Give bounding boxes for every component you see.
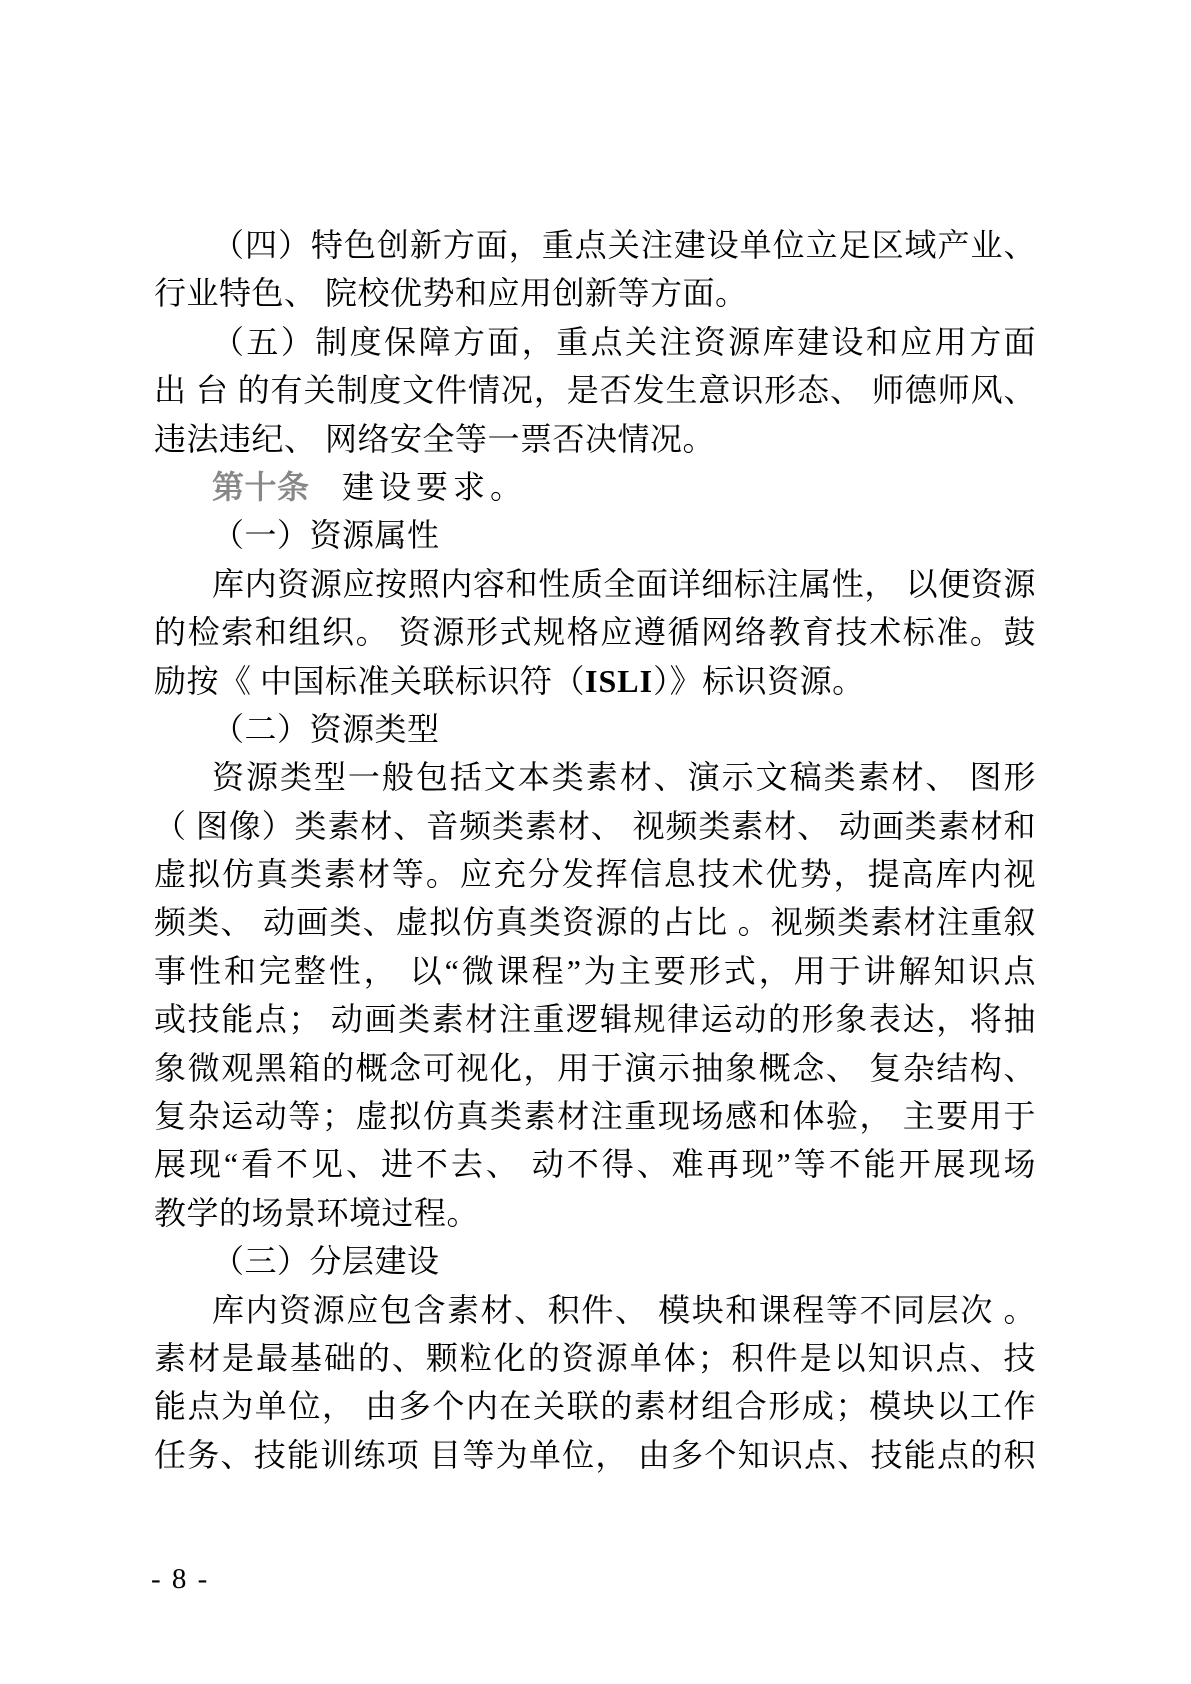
text-line: 频类、 动画类、虚拟仿真类资源的占比 。视频类素材注重叙	[154, 898, 1036, 946]
text-line: 行业特色、 院校优势和应用创新等方面。	[154, 269, 1036, 317]
text-segment: 教学的场景环境过程。	[154, 1195, 479, 1231]
text-line: 的检索和组织。 资源形式规格应遵循网络教育技术标准。鼓	[154, 608, 1036, 656]
text-segment: （五）制度保障方面，重点关注资源库建设和应用方面	[212, 324, 1036, 360]
document-body: （四）特色创新方面，重点关注建设单位立足区域产业、行业特色、 院校优势和应用创新…	[154, 221, 1036, 1479]
text-line: 违法违纪、 网络安全等一票否决情况。	[154, 415, 1036, 463]
text-segment: 行业特色、 院校优势和应用创新等方面。	[154, 275, 748, 311]
text-line: 事性和完整性， 以“微课程”为主要形式，用于讲解知识点	[154, 947, 1036, 995]
text-segment: 励按《 中国标准关联标识符（	[154, 663, 585, 699]
text-segment: 建设要求	[342, 469, 490, 505]
page-number: - 8 -	[151, 1563, 209, 1596]
text-segment: 的检索和组织。 资源形式规格应遵循网络教育技术标准。鼓	[154, 614, 1036, 650]
text-line: 复杂运动等；虚拟仿真类素材注重现场感和体验， 主要用于	[154, 1092, 1036, 1140]
text-line: （五）制度保障方面，重点关注资源库建设和应用方面	[154, 318, 1036, 366]
text-line: 库内资源应包含素材、积件、 模块和课程等不同层次 。	[154, 1286, 1036, 1334]
text-segment: 任务、技能训练项 目等为单位， 由多个知识点、技能点的积	[154, 1437, 1036, 1473]
text-segment: 违法违纪、 网络安全等一票否决情况。	[154, 421, 715, 457]
text-segment: ISLI	[585, 663, 653, 699]
text-segment: 事性和完整性， 以“微课程”为主要形式，用于讲解知识点	[154, 953, 1036, 989]
text-line: 出 台 的有关制度文件情况，是否发生意识形态、 师德师风、	[154, 366, 1036, 414]
text-segment: 库内资源应包含素材、积件、 模块和课程等不同层次 。	[212, 1292, 1036, 1328]
text-segment: ）》标识资源。	[653, 663, 865, 699]
text-segment: 能点为单位， 由多个内在关联的素材组合形成；模块以工作	[154, 1388, 1036, 1424]
text-line: 第十条 建设要求。	[154, 463, 1036, 511]
text-segment: 素材是最基础的、颗粒化的资源单体；积件是以知识点、技	[154, 1340, 1036, 1376]
text-segment: 。	[490, 469, 523, 505]
text-segment: 展现“看不见、进不去、 动不得、难再现”等不能开展现场	[154, 1146, 1036, 1182]
text-segment: （一）资源属性	[212, 517, 440, 553]
text-line: 象微观黑箱的概念可视化，用于演示抽象概念、 复杂结构、	[154, 1044, 1036, 1092]
text-line: 励按《 中国标准关联标识符（ISLI）》标识资源。	[154, 657, 1036, 705]
text-line: 素材是最基础的、颗粒化的资源单体；积件是以知识点、技	[154, 1334, 1036, 1382]
text-segment: 象微观黑箱的概念可视化，用于演示抽象概念、 复杂结构、	[154, 1050, 1036, 1086]
text-segment: 或技能点； 动画类素材注重逻辑规律运动的形象表达，将抽	[154, 1001, 1036, 1037]
text-line: 任务、技能训练项 目等为单位， 由多个知识点、技能点的积	[154, 1431, 1036, 1479]
text-segment: （ 图像）类素材、音频类素材、 视频类素材、 动画类素材和	[154, 808, 1036, 844]
text-line: 或技能点； 动画类素材注重逻辑规律运动的形象表达，将抽	[154, 995, 1036, 1043]
text-line: 教学的场景环境过程。	[154, 1189, 1036, 1237]
text-segment: （二）资源类型	[212, 711, 440, 747]
text-segment: 复杂运动等；虚拟仿真类素材注重现场感和体验， 主要用于	[154, 1098, 1036, 1134]
text-line: （一）资源属性	[154, 511, 1036, 559]
text-segment: 频类、 动画类、虚拟仿真类资源的占比 。视频类素材注重叙	[154, 904, 1036, 940]
text-segment: 虚拟仿真类素材等。应充分发挥信息技术优势，提高库内视	[154, 856, 1036, 892]
text-line: 展现“看不见、进不去、 动不得、难再现”等不能开展现场	[154, 1140, 1036, 1188]
text-segment: 资源类型一般包括文本类素材、演示文稿类素材、 图形	[212, 759, 1036, 795]
text-segment: 库内资源应按照内容和性质全面详细标注属性， 以便资源	[212, 566, 1036, 602]
text-line: 库内资源应按照内容和性质全面详细标注属性， 以便资源	[154, 560, 1036, 608]
text-line: （四）特色创新方面，重点关注建设单位立足区域产业、	[154, 221, 1036, 269]
text-line: 虚拟仿真类素材等。应充分发挥信息技术优势，提高库内视	[154, 850, 1036, 898]
text-line: 能点为单位， 由多个内在关联的素材组合形成；模块以工作	[154, 1382, 1036, 1430]
document-page: （四）特色创新方面，重点关注建设单位立足区域产业、行业特色、 院校优势和应用创新…	[0, 0, 1191, 1684]
text-segment: （三）分层建设	[212, 1243, 440, 1279]
text-line: （三）分层建设	[154, 1237, 1036, 1285]
text-line: （二）资源类型	[154, 705, 1036, 753]
text-segment	[310, 469, 343, 505]
text-segment: 出 台 的有关制度文件情况，是否发生意识形态、 师德师风、	[154, 372, 1036, 408]
text-segment: （四）特色创新方面，重点关注建设单位立足区域产业、	[212, 227, 1036, 263]
text-line: 资源类型一般包括文本类素材、演示文稿类素材、 图形	[154, 753, 1036, 801]
text-line: （ 图像）类素材、音频类素材、 视频类素材、 动画类素材和	[154, 802, 1036, 850]
text-segment: 第十条	[212, 469, 310, 505]
